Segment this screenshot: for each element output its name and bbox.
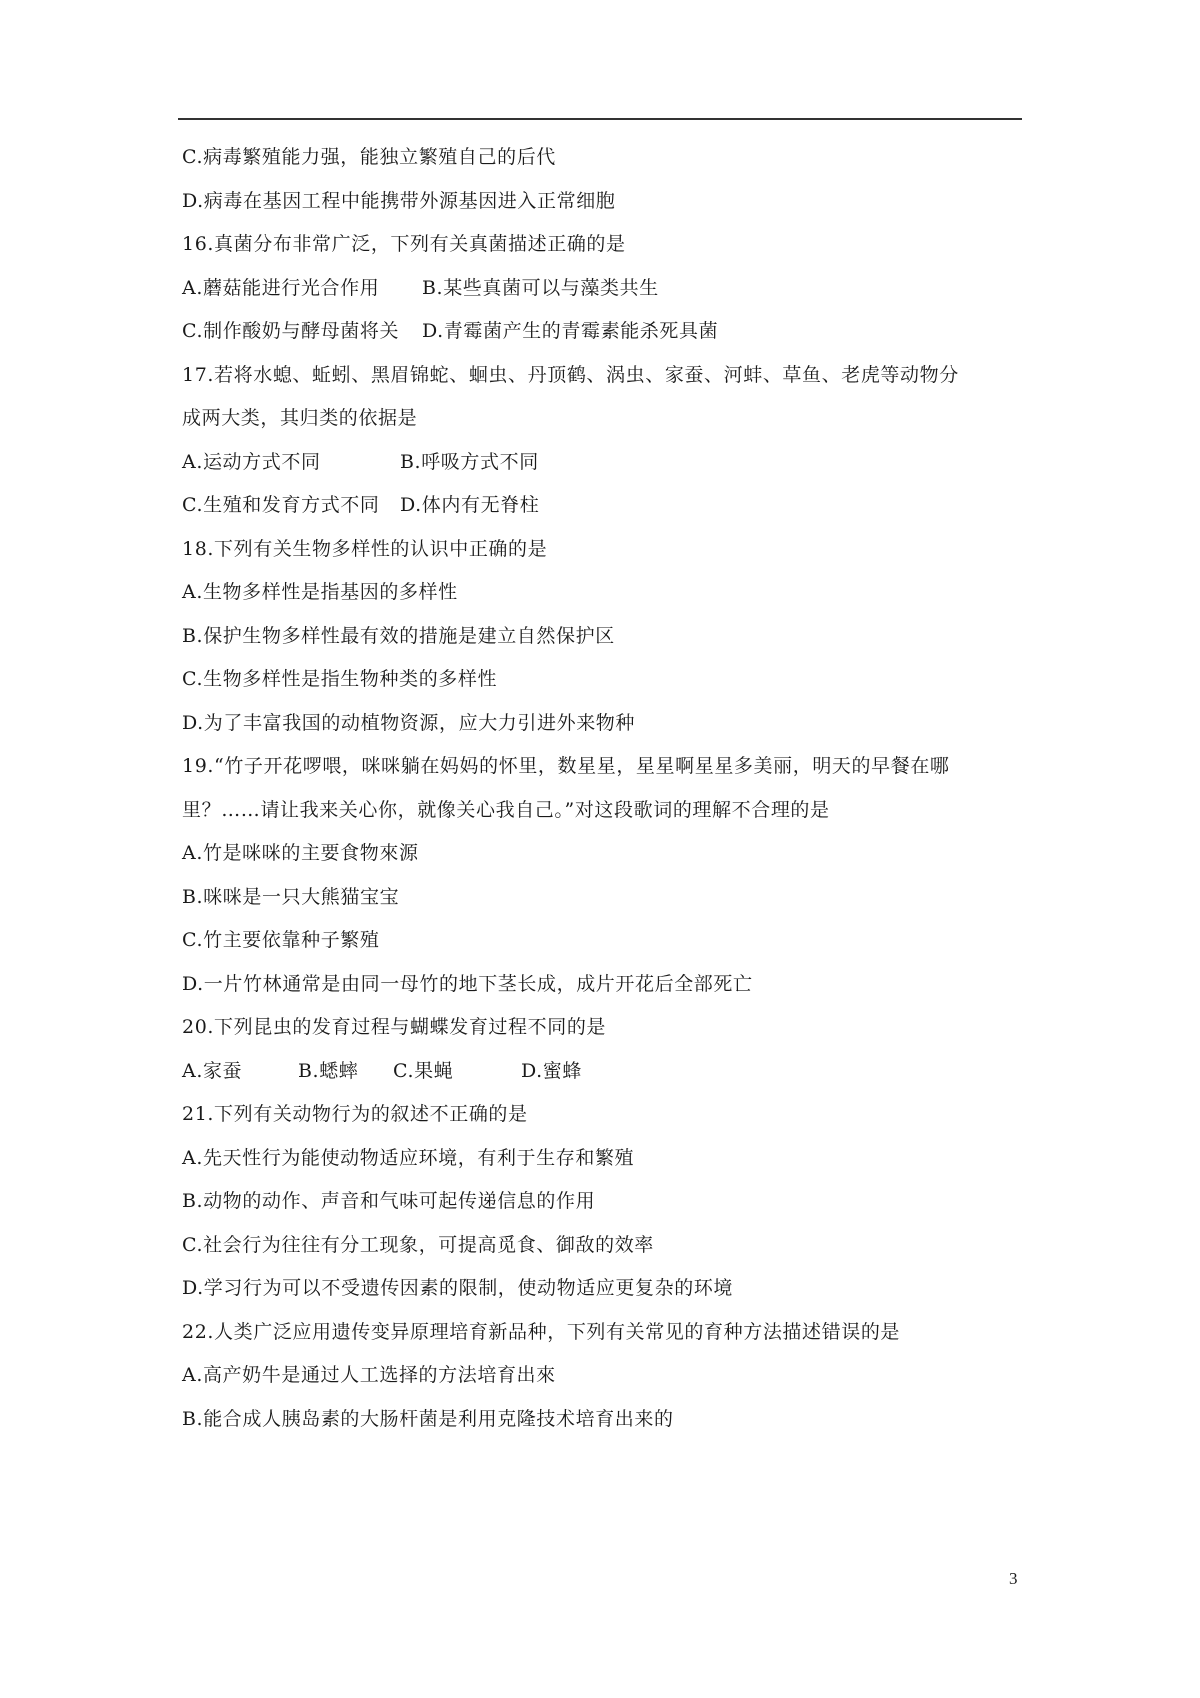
- q20-option-b: B.蟋蟀: [298, 1059, 358, 1083]
- q21-option-c: C.社会行为往往有分工现象，可提高觅食、御敌的效率: [182, 1233, 654, 1257]
- q22-option-b: B.能合成人胰岛素的大肠杆菌是利用克隆技术培育出来的: [182, 1407, 674, 1431]
- q19-option-a: A.竹是咪咪的主要食物來源: [182, 841, 419, 865]
- q16-stem: 16.真菌分布非常广泛，下列有关真菌描述正确的是: [182, 232, 626, 256]
- q17-option-c: C.生殖和发育方式不同: [182, 493, 380, 517]
- q20-stem: 20.下列昆虫的发育过程与蝴蝶发育过程不同的是: [182, 1015, 606, 1039]
- q19-option-d: D.一片竹林通常是由同一母竹的地下茎长成，成片开花后全部死亡: [182, 972, 753, 996]
- q21-stem: 21.下列有关动物行为的叙述不正确的是: [182, 1102, 528, 1126]
- q19-option-c: C.竹主要依靠种子繁殖: [182, 928, 380, 952]
- q16-option-b: B.某些真菌可以与藻类共生: [422, 276, 659, 300]
- q17-stem-line2: 成两大类，其归类的依据是: [182, 406, 417, 430]
- q18-option-b: B.保护生物多样性最有效的措施是建立自然保护区: [182, 624, 615, 648]
- q20-option-a: A.家蚕: [182, 1059, 242, 1083]
- q17-option-a: A.运动方式不同: [182, 450, 321, 474]
- q17-stem-line1: 17.若将水螅、蚯蚓、黑眉锦蛇、蛔虫、丹顶鹤、涡虫、家蚕、河蚌、草鱼、老虎等动物…: [182, 363, 959, 387]
- q18-option-d: D.为了丰富我国的动植物资源，应大力引进外来物种: [182, 711, 635, 735]
- q18-option-c: C.生物多样性是指生物种类的多样性: [182, 667, 497, 691]
- q16-option-c: C.制作酸奶与酵母菌将关: [182, 319, 399, 343]
- page-number: 3: [1009, 1569, 1018, 1589]
- q22-option-a: A.高产奶牛是通过人工选择的方法培育出來: [182, 1363, 556, 1387]
- q18-option-a: A.生物多样性是指基因的多样性: [182, 580, 458, 604]
- q18-stem: 18.下列有关生物多样性的认识中正确的是: [182, 537, 547, 561]
- header-rule: [178, 118, 1022, 120]
- q17-option-d: D.体内有无脊柱: [400, 493, 539, 517]
- q21-option-a: A.先天性行为能使动物适应环境，有利于生存和繁殖: [182, 1146, 634, 1170]
- q19-stem-line1: 19.“竹子开花啰喂，咪咪躺在妈妈的怀里，数星星，星星啊星星多美丽，明天的早餐在…: [182, 754, 950, 778]
- q15-option-d: D.病毒在基因工程中能携带外源基因进入正常细胞: [182, 189, 615, 213]
- q19-stem-line2: 里？……请让我来关心你，就像关心我自己。”对这段歌词的理解不合理的是: [182, 798, 830, 822]
- q15-option-c: C.病毒繁殖能力强，能独立繁殖自己的后代: [182, 145, 556, 169]
- q16-option-d: D.青霉菌产生的青霉素能杀死具菌: [422, 319, 718, 343]
- q20-option-d: D.蜜蜂: [521, 1059, 582, 1083]
- q22-stem: 22.人类广泛应用遗传变异原理培育新品种，下列有关常见的育种方法描述错误的是: [182, 1320, 900, 1344]
- q17-option-b: B.呼吸方式不同: [400, 450, 539, 474]
- q20-option-c: C.果蝇: [393, 1059, 453, 1083]
- q21-option-b: B.动物的动作、声音和气味可起传递信息的作用: [182, 1189, 595, 1213]
- q21-option-d: D.学习行为可以不受遗传因素的限制，使动物适应更复杂的环境: [182, 1276, 733, 1300]
- q19-option-b: B.咪咪是一只大熊猫宝宝: [182, 885, 399, 909]
- q16-option-a: A.蘑菇能进行光合作用: [182, 276, 379, 300]
